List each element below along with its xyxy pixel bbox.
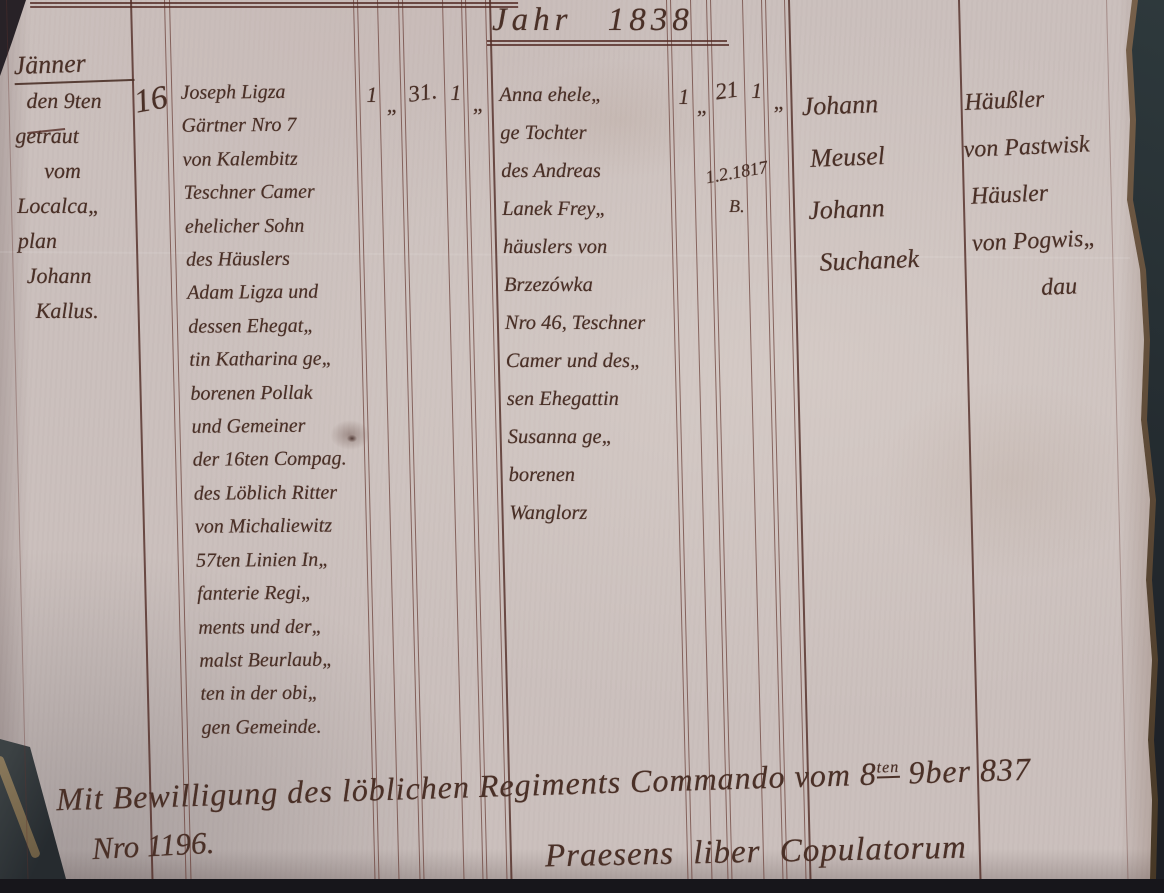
groom-line: Gärtner Nro 7 [181, 109, 358, 144]
bride-line: Camer und des„ [505, 342, 680, 380]
bride-line: Brzezówka [504, 266, 679, 304]
header-rule [30, 6, 518, 8]
groom-column: Joseph Ligza Gärtner Nro 7 von Kalembitz… [180, 75, 378, 745]
header-rule [30, 2, 518, 4]
house-number: 16 [131, 79, 171, 121]
bride-line: borenen [508, 456, 683, 494]
bride-age: 21 [713, 77, 740, 106]
bride-line: sen Ehegattin [506, 380, 681, 418]
groom-line: von Kalembitz [182, 142, 359, 177]
permission-text-date: 9ber 837 [899, 751, 1032, 791]
date-line: getraut [15, 118, 136, 153]
year-underline [487, 44, 729, 46]
photo-bottom-bar [0, 879, 1164, 893]
date-line: vom [44, 153, 137, 188]
ruled-grid: Jänner den 9ten getraut vom Localca„ pla… [0, 0, 1164, 879]
date-line: Localca„ [17, 188, 138, 223]
groom-line: ten in der obi„ [200, 677, 377, 712]
date-line: plan [17, 223, 138, 258]
groom-line: 57ten Linien In„ [195, 543, 372, 578]
date-line: Kallus. [35, 293, 140, 328]
column-rule [761, 0, 783, 879]
bride-line: ge Tochter [500, 114, 675, 152]
protocol-number: Nro 1196. [91, 825, 215, 867]
register-photo: Jänner den 9ten getraut vom Localca„ pla… [0, 0, 1164, 893]
column-rule [461, 0, 483, 879]
bride-line: häuslers von [503, 228, 678, 266]
groom-line: ments und der„ [198, 610, 375, 645]
witness-name-line: Suchanek [818, 231, 973, 289]
year-heading: Jahr 1838 [492, 2, 694, 39]
bride-line: Wanglorz [509, 494, 684, 532]
groom-line: borenen Pollak [190, 376, 367, 411]
witness-occupation-line: Häußler [963, 72, 1138, 126]
bride-line: Anna ehele„ [499, 76, 674, 114]
groom-line: Adam Ligza und [187, 276, 364, 311]
groom-line: und Gemeiner [191, 409, 368, 444]
witness-occupation-line: von Pastwisk [962, 119, 1141, 174]
groom-line: Teschner Camer [183, 175, 360, 210]
witness-occupation-line: von Pogwis„ [971, 213, 1148, 268]
bride-birth-date-mark: B. [729, 196, 745, 217]
permission-ordinal-sup: ten [876, 759, 899, 779]
bride-widowed-ditto: „ [773, 89, 786, 115]
bride-line: Susanna ge„ [507, 418, 682, 456]
groom-line: Joseph Ligza [180, 75, 357, 110]
groom-line: des Häuslers [186, 242, 363, 277]
groom-line: dessen Ehegat„ [188, 309, 365, 344]
groom-unmarried: 1 [450, 80, 462, 106]
bride-column: Anna ehele„ ge Tochter des Andreas Lanek… [499, 76, 684, 532]
witness-name-line: Johann [807, 179, 970, 237]
column-rule [377, 0, 399, 879]
date-line: Jänner [13, 44, 135, 85]
column-rule [465, 0, 487, 879]
column-rule [765, 0, 787, 879]
witness-occupation-line: dau [1040, 260, 1151, 312]
column-rule [402, 0, 424, 879]
groom-religion-protestant-ditto: „ [386, 92, 399, 118]
column-rule [742, 0, 764, 879]
bride-line: Nro 46, Teschner [504, 304, 679, 342]
groom-line: ehelicher Sohn [184, 209, 361, 244]
witness-occupation-column: Häußler von Pastwisk Häusler von Pogwis„… [963, 72, 1151, 314]
witness-name-line: Meusel [808, 127, 966, 185]
date-column: Jänner den 9ten getraut vom Localca„ pla… [13, 46, 140, 328]
groom-line: malst Beurlaub„ [199, 643, 376, 678]
date-line: Johann [26, 258, 139, 293]
groom-line: fanterie Regi„ [197, 576, 374, 611]
bride-religion-catholic: 1 [678, 84, 690, 110]
groom-line: gen Gemeinde. [201, 710, 378, 745]
groom-line: tin Katharina ge„ [189, 342, 366, 377]
date-line: den 9ten [26, 83, 135, 118]
groom-line: von Michaliewitz [194, 510, 371, 545]
witness-occupation-line: Häusler [969, 166, 1144, 220]
witness-name-line: Johann [800, 75, 963, 133]
witnesses-column: Johann Meusel Johann Suchanek [800, 75, 973, 289]
bride-religion-protestant-ditto: „ [696, 93, 709, 119]
column-rule [442, 0, 464, 879]
groom-line: der 16ten Compag. [192, 443, 369, 478]
bride-line: Lanek Frey„ [502, 190, 677, 228]
groom-religion-catholic: 1 [366, 82, 378, 108]
groom-widowed-ditto: „ [472, 91, 485, 117]
bride-unmarried: 1 [751, 78, 763, 104]
year-underline [487, 40, 727, 42]
column-rule [710, 0, 732, 879]
bride-line: des Andreas [501, 152, 676, 190]
column-rule [398, 0, 420, 879]
groom-age: 31. [406, 78, 439, 108]
groom-line: des Löblich Ritter [193, 476, 370, 511]
column-rule [706, 0, 728, 879]
